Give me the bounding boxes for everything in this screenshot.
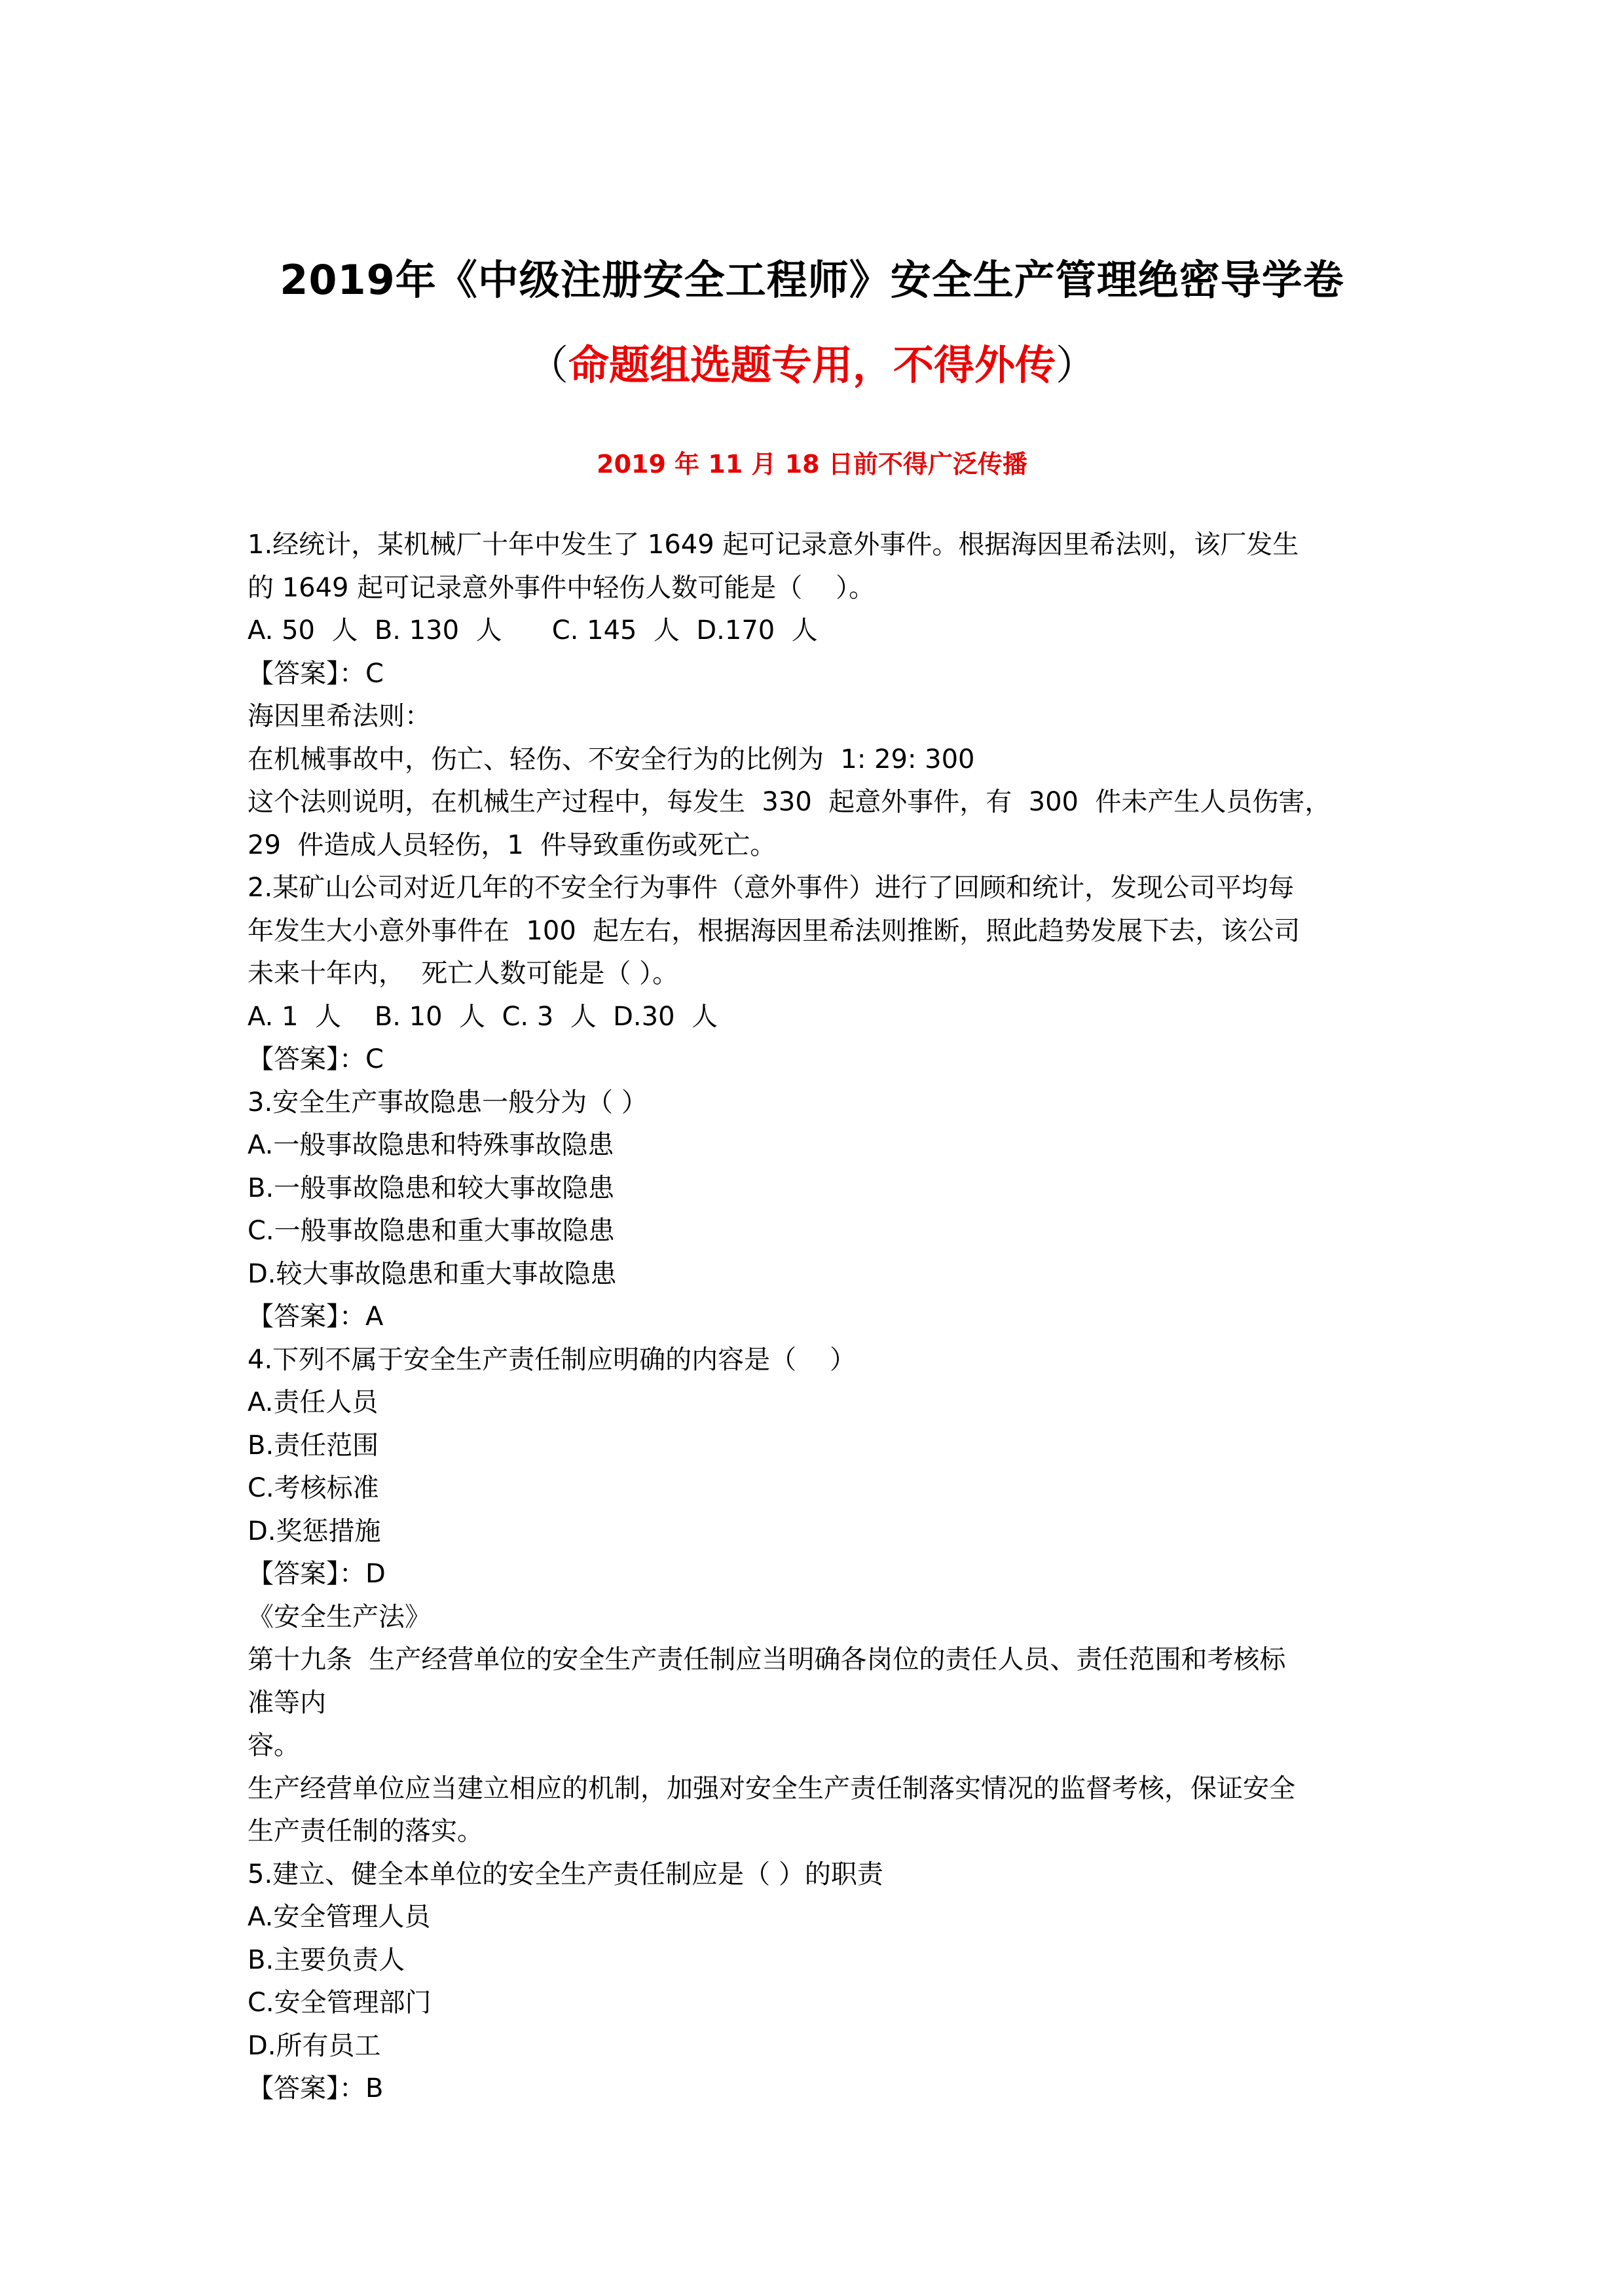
- question-2-stem-cont: 年发生大小意外事件在 100 起左右，根据海因里希法则推断，照此趋势发展下去，该…: [248, 910, 1390, 953]
- question-3-option-d: D.较大事故隐患和重大事故隐患: [248, 1253, 1390, 1296]
- question-2-options: A. 1 人 B. 10 人 C. 3 人 D.30 人: [248, 996, 1390, 1039]
- distribution-date-notice: 2019 年 11 月 18 日前不得广泛传播: [0, 444, 1624, 480]
- question-4-answer: 【答案】：D: [248, 1553, 1390, 1596]
- explanation-text: 这个法则说明，在机械生产过程中，每发生 330 起意外事件，有 300 件未产生…: [248, 781, 1390, 824]
- question-2-stem: 2.某矿山公司对近几年的不安全行为事件（意外事件）进行了回顾和统计，发现公司平均…: [248, 867, 1390, 910]
- law-article-text: 第十九条 生产经营单位的安全生产责任制应当明确各岗位的责任人员、责任范围和考核标: [248, 1639, 1390, 1682]
- explanation-heading: 海因里希法则：: [248, 695, 1390, 738]
- subtitle-confidential-text: 命题组选题专用，不得外传: [568, 341, 1056, 389]
- question-5-option-b: B.主要负责人: [248, 1939, 1390, 1982]
- law-article-text: 生产责任制的落实。: [248, 1810, 1390, 1853]
- question-5-option-c: C.安全管理部门: [248, 1982, 1390, 2025]
- question-1-answer: 【答案】：C: [248, 653, 1390, 696]
- question-5-option-a: A.安全管理人员: [248, 1896, 1390, 1939]
- question-3-option-b: B.一般事故隐患和较大事故隐患: [248, 1167, 1390, 1211]
- question-1-stem: 1.经统计，某机械厂十年中发生了 1649 起可记录意外事件。根据海因里希法则，…: [248, 524, 1390, 567]
- question-4-option-c: C.考核标准: [248, 1467, 1390, 1510]
- subtitle-close-paren: ）: [1056, 341, 1096, 389]
- question-4-option-d: D.奖惩措施: [248, 1510, 1390, 1554]
- law-reference-title: 《安全生产法》: [248, 1596, 1390, 1639]
- question-3-answer: 【答案】：A: [248, 1296, 1390, 1339]
- law-article-text: 生产经营单位应当建立相应的机制，加强对安全生产责任制落实情况的监督考核，保证安全: [248, 1768, 1390, 1811]
- document-title: 2019年《中级注册安全工程师》安全生产管理绝密导学卷: [0, 247, 1624, 306]
- question-1-stem-cont: 的 1649 起可记录意外事件中轻伤人数可能是（ ）。: [248, 567, 1390, 610]
- question-2-answer: 【答案】：C: [248, 1038, 1390, 1082]
- question-1-options: A. 50 人 B. 130 人 C. 145 人 D.170 人: [248, 610, 1390, 653]
- question-3-option-c: C.一般事故隐患和重大事故隐患: [248, 1210, 1390, 1253]
- law-article-text: 容。: [248, 1724, 1390, 1768]
- explanation-text: 在机械事故中，伤亡、轻伤、不安全行为的比例为 1: 29: 300: [248, 738, 1390, 782]
- question-4-option-b: B.责任范围: [248, 1425, 1390, 1468]
- question-2-stem-cont: 未来十年内， 死亡人数可能是（ ）。: [248, 953, 1390, 996]
- question-3-option-a: A.一般事故隐患和特殊事故隐患: [248, 1124, 1390, 1167]
- question-5-stem: 5.建立、健全本单位的安全生产责任制应是（ ）的职责: [248, 1853, 1390, 1897]
- question-5-answer: 【答案】：B: [248, 2068, 1390, 2111]
- explanation-text: 29 件造成人员轻伤，1 件导致重伤或死亡。: [248, 824, 1390, 867]
- document-body: 1.经统计，某机械厂十年中发生了 1649 起可记录意外事件。根据海因里希法则，…: [248, 524, 1390, 2111]
- question-4-option-a: A.责任人员: [248, 1381, 1390, 1425]
- question-5-option-d: D.所有员工: [248, 2025, 1390, 2068]
- subtitle-open-paren: （: [528, 341, 568, 389]
- question-4-stem: 4.下列不属于安全生产责任制应明确的内容是（ ）: [248, 1339, 1390, 1382]
- law-article-text: 准等内: [248, 1682, 1390, 1725]
- document-subtitle: （命题组选题专用，不得外传）: [0, 333, 1624, 391]
- question-3-stem: 3.安全生产事故隐患一般分为（ ）: [248, 1082, 1390, 1125]
